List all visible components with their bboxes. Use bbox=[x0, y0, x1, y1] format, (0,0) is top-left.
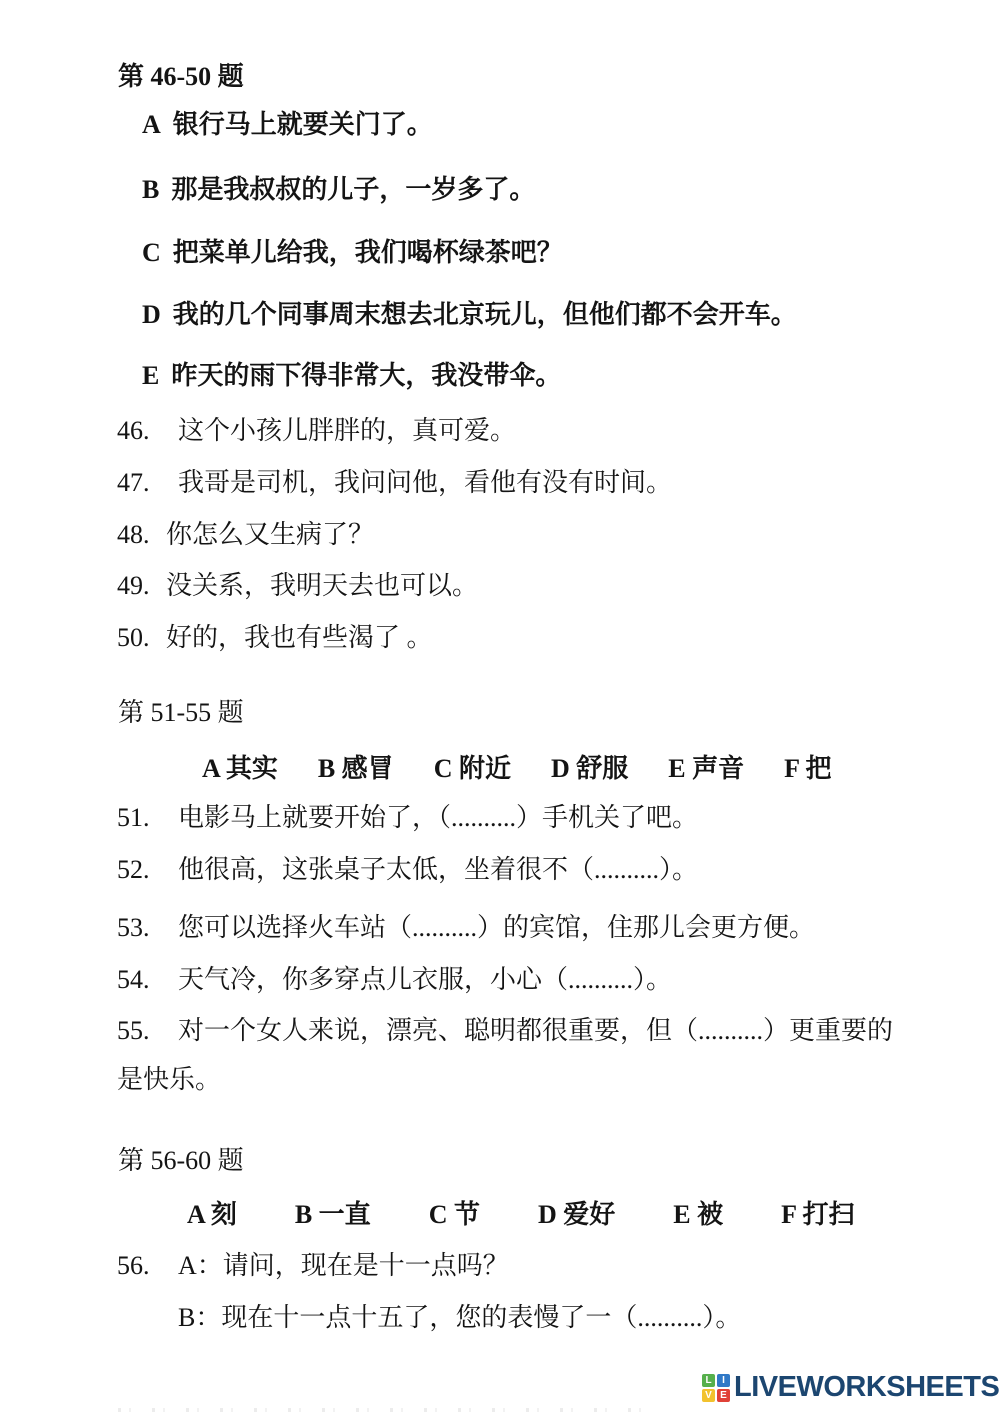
option-letter: E bbox=[142, 359, 159, 393]
word-bank-item: E 声音 bbox=[668, 752, 744, 786]
question-row-48: 48.你怎么又生病了？ bbox=[117, 518, 374, 552]
question-row-49: 49.没关系，我明天去也可以。 bbox=[117, 569, 478, 603]
option-letter: B bbox=[142, 173, 159, 207]
question-row-53: 53.您可以选择火车站（..........）的宾馆，住那儿会更方便。 bbox=[117, 911, 815, 945]
word-bank-item: D 爱好 bbox=[538, 1198, 615, 1232]
word-bank-item: C 节 bbox=[429, 1198, 480, 1232]
section-title-56-60: 第 56-60 题 bbox=[118, 1144, 244, 1178]
question-text: 没关系，我明天去也可以。 bbox=[166, 571, 478, 600]
option-text: 把菜单儿给我，我们喝杯绿茶吧？ bbox=[173, 238, 563, 267]
logo-tile-e: E bbox=[717, 1389, 730, 1402]
question-row-47: 47.我哥是司机，我问问他，看他有没有时间。 bbox=[117, 466, 672, 500]
logo-tile-v: V bbox=[702, 1389, 715, 1402]
word-bank-item: C 附近 bbox=[434, 752, 511, 786]
question-number: 48. bbox=[117, 518, 166, 552]
question-number: 54. bbox=[117, 963, 178, 997]
option-row-a: A银行马上就要关门了。 bbox=[142, 108, 433, 142]
option-text: 那是我叔叔的儿子，一岁多了。 bbox=[171, 175, 535, 204]
word-bank-item: F 打扫 bbox=[781, 1198, 854, 1232]
question-text: 您可以选择火车站（..........）的宾馆，住那儿会更方便。 bbox=[178, 913, 815, 942]
option-row-e: E昨天的雨下得非常大，我没带伞。 bbox=[142, 359, 561, 393]
option-letter: D bbox=[142, 298, 161, 332]
question-text: 好的，我也有些渴了 。 bbox=[166, 623, 433, 652]
question-text: 你怎么又生病了？ bbox=[166, 520, 374, 549]
question-number: 49. bbox=[117, 569, 166, 603]
word-bank-item: E 被 bbox=[673, 1198, 723, 1232]
question-row-46: 46.这个小孩儿胖胖的，真可爱。 bbox=[117, 414, 516, 448]
question-text: 电影马上就要开始了，（..........）手机关了吧。 bbox=[178, 803, 698, 832]
question-row-56-b: B：现在十一点十五了，您的表慢了一（..........）。 bbox=[178, 1301, 741, 1335]
question-row-50: 50.好的，我也有些渴了 。 bbox=[117, 621, 433, 655]
word-bank-51-55: A 其实 B 感冒 C 附近 D 舒服 E 声音 F 把 bbox=[202, 752, 832, 786]
option-text: 我的几个同事周末想去北京玩儿，但他们都不会开车。 bbox=[173, 300, 797, 329]
word-bank-item: A 其实 bbox=[202, 752, 278, 786]
question-text: 他很高，这张桌子太低，坐着很不（..........）。 bbox=[178, 855, 698, 884]
word-bank-item: B 感冒 bbox=[318, 752, 394, 786]
option-letter: A bbox=[142, 108, 161, 142]
liveworksheets-brand-text: LIVEWORKSHEETS bbox=[734, 1371, 999, 1404]
question-55-continuation: 是快乐。 bbox=[117, 1063, 221, 1097]
option-text: 银行马上就要关门了。 bbox=[173, 110, 433, 139]
option-row-b: B那是我叔叔的儿子，一岁多了。 bbox=[142, 173, 535, 207]
question-text: 天气冷，你多穿点儿衣服，小心（..........）。 bbox=[178, 965, 672, 994]
logo-tile-i: I bbox=[717, 1374, 730, 1387]
section-title-51-55: 第 51-55 题 bbox=[118, 696, 244, 730]
question-row-51: 51.电影马上就要开始了，（..........）手机关了吧。 bbox=[117, 801, 698, 835]
question-number: 51. bbox=[117, 801, 178, 835]
question-row-54: 54.天气冷，你多穿点儿衣服，小心（..........）。 bbox=[117, 963, 672, 997]
question-number: 47. bbox=[117, 466, 178, 500]
question-row-52: 52.他很高，这张桌子太低，坐着很不（..........）。 bbox=[117, 853, 698, 887]
question-number: 46. bbox=[117, 414, 178, 448]
question-text: 这个小孩儿胖胖的，真可爱。 bbox=[178, 416, 516, 445]
word-bank-item: B 一直 bbox=[295, 1198, 371, 1232]
word-bank-item: F 把 bbox=[784, 752, 831, 786]
section-title-46-50: 第 46-50 题 bbox=[118, 60, 244, 94]
liveworksheets-logo-icon: L I V E bbox=[702, 1374, 730, 1402]
question-row-55: 55.对一个女人来说，漂亮、聪明都很重要，但（..........）更重要的 bbox=[117, 1014, 893, 1048]
option-letter: C bbox=[142, 236, 161, 270]
question-row-56: 56.A：请问，现在是十一点吗？ bbox=[117, 1249, 509, 1283]
question-text: A：请问，现在是十一点吗？ bbox=[178, 1251, 509, 1280]
question-number: 53. bbox=[117, 911, 178, 945]
liveworksheets-watermark: L I V E LIVEWORKSHEETS bbox=[702, 1371, 999, 1404]
cutoff-next-line bbox=[118, 1408, 658, 1412]
question-number: 56. bbox=[117, 1249, 178, 1283]
word-bank-item: A 刻 bbox=[187, 1198, 237, 1232]
question-text: 对一个女人来说，漂亮、聪明都很重要，但（..........）更重要的 bbox=[178, 1016, 893, 1045]
question-number: 50. bbox=[117, 621, 166, 655]
option-row-c: C把菜单儿给我，我们喝杯绿茶吧？ bbox=[142, 236, 563, 270]
option-text: 昨天的雨下得非常大，我没带伞。 bbox=[171, 361, 561, 390]
question-number: 52. bbox=[117, 853, 178, 887]
worksheet-page: 第 46-50 题 A银行马上就要关门了。 B那是我叔叔的儿子，一岁多了。 C把… bbox=[0, 0, 1000, 1413]
word-bank-item: D 舒服 bbox=[551, 752, 628, 786]
word-bank-56-60: A 刻 B 一直 C 节 D 爱好 E 被 F 打扫 bbox=[187, 1198, 855, 1232]
question-text: 我哥是司机，我问问他，看他有没有时间。 bbox=[178, 468, 672, 497]
question-number: 55. bbox=[117, 1014, 178, 1048]
option-row-d: D我的几个同事周末想去北京玩儿，但他们都不会开车。 bbox=[142, 298, 797, 332]
logo-tile-l: L bbox=[702, 1374, 715, 1387]
